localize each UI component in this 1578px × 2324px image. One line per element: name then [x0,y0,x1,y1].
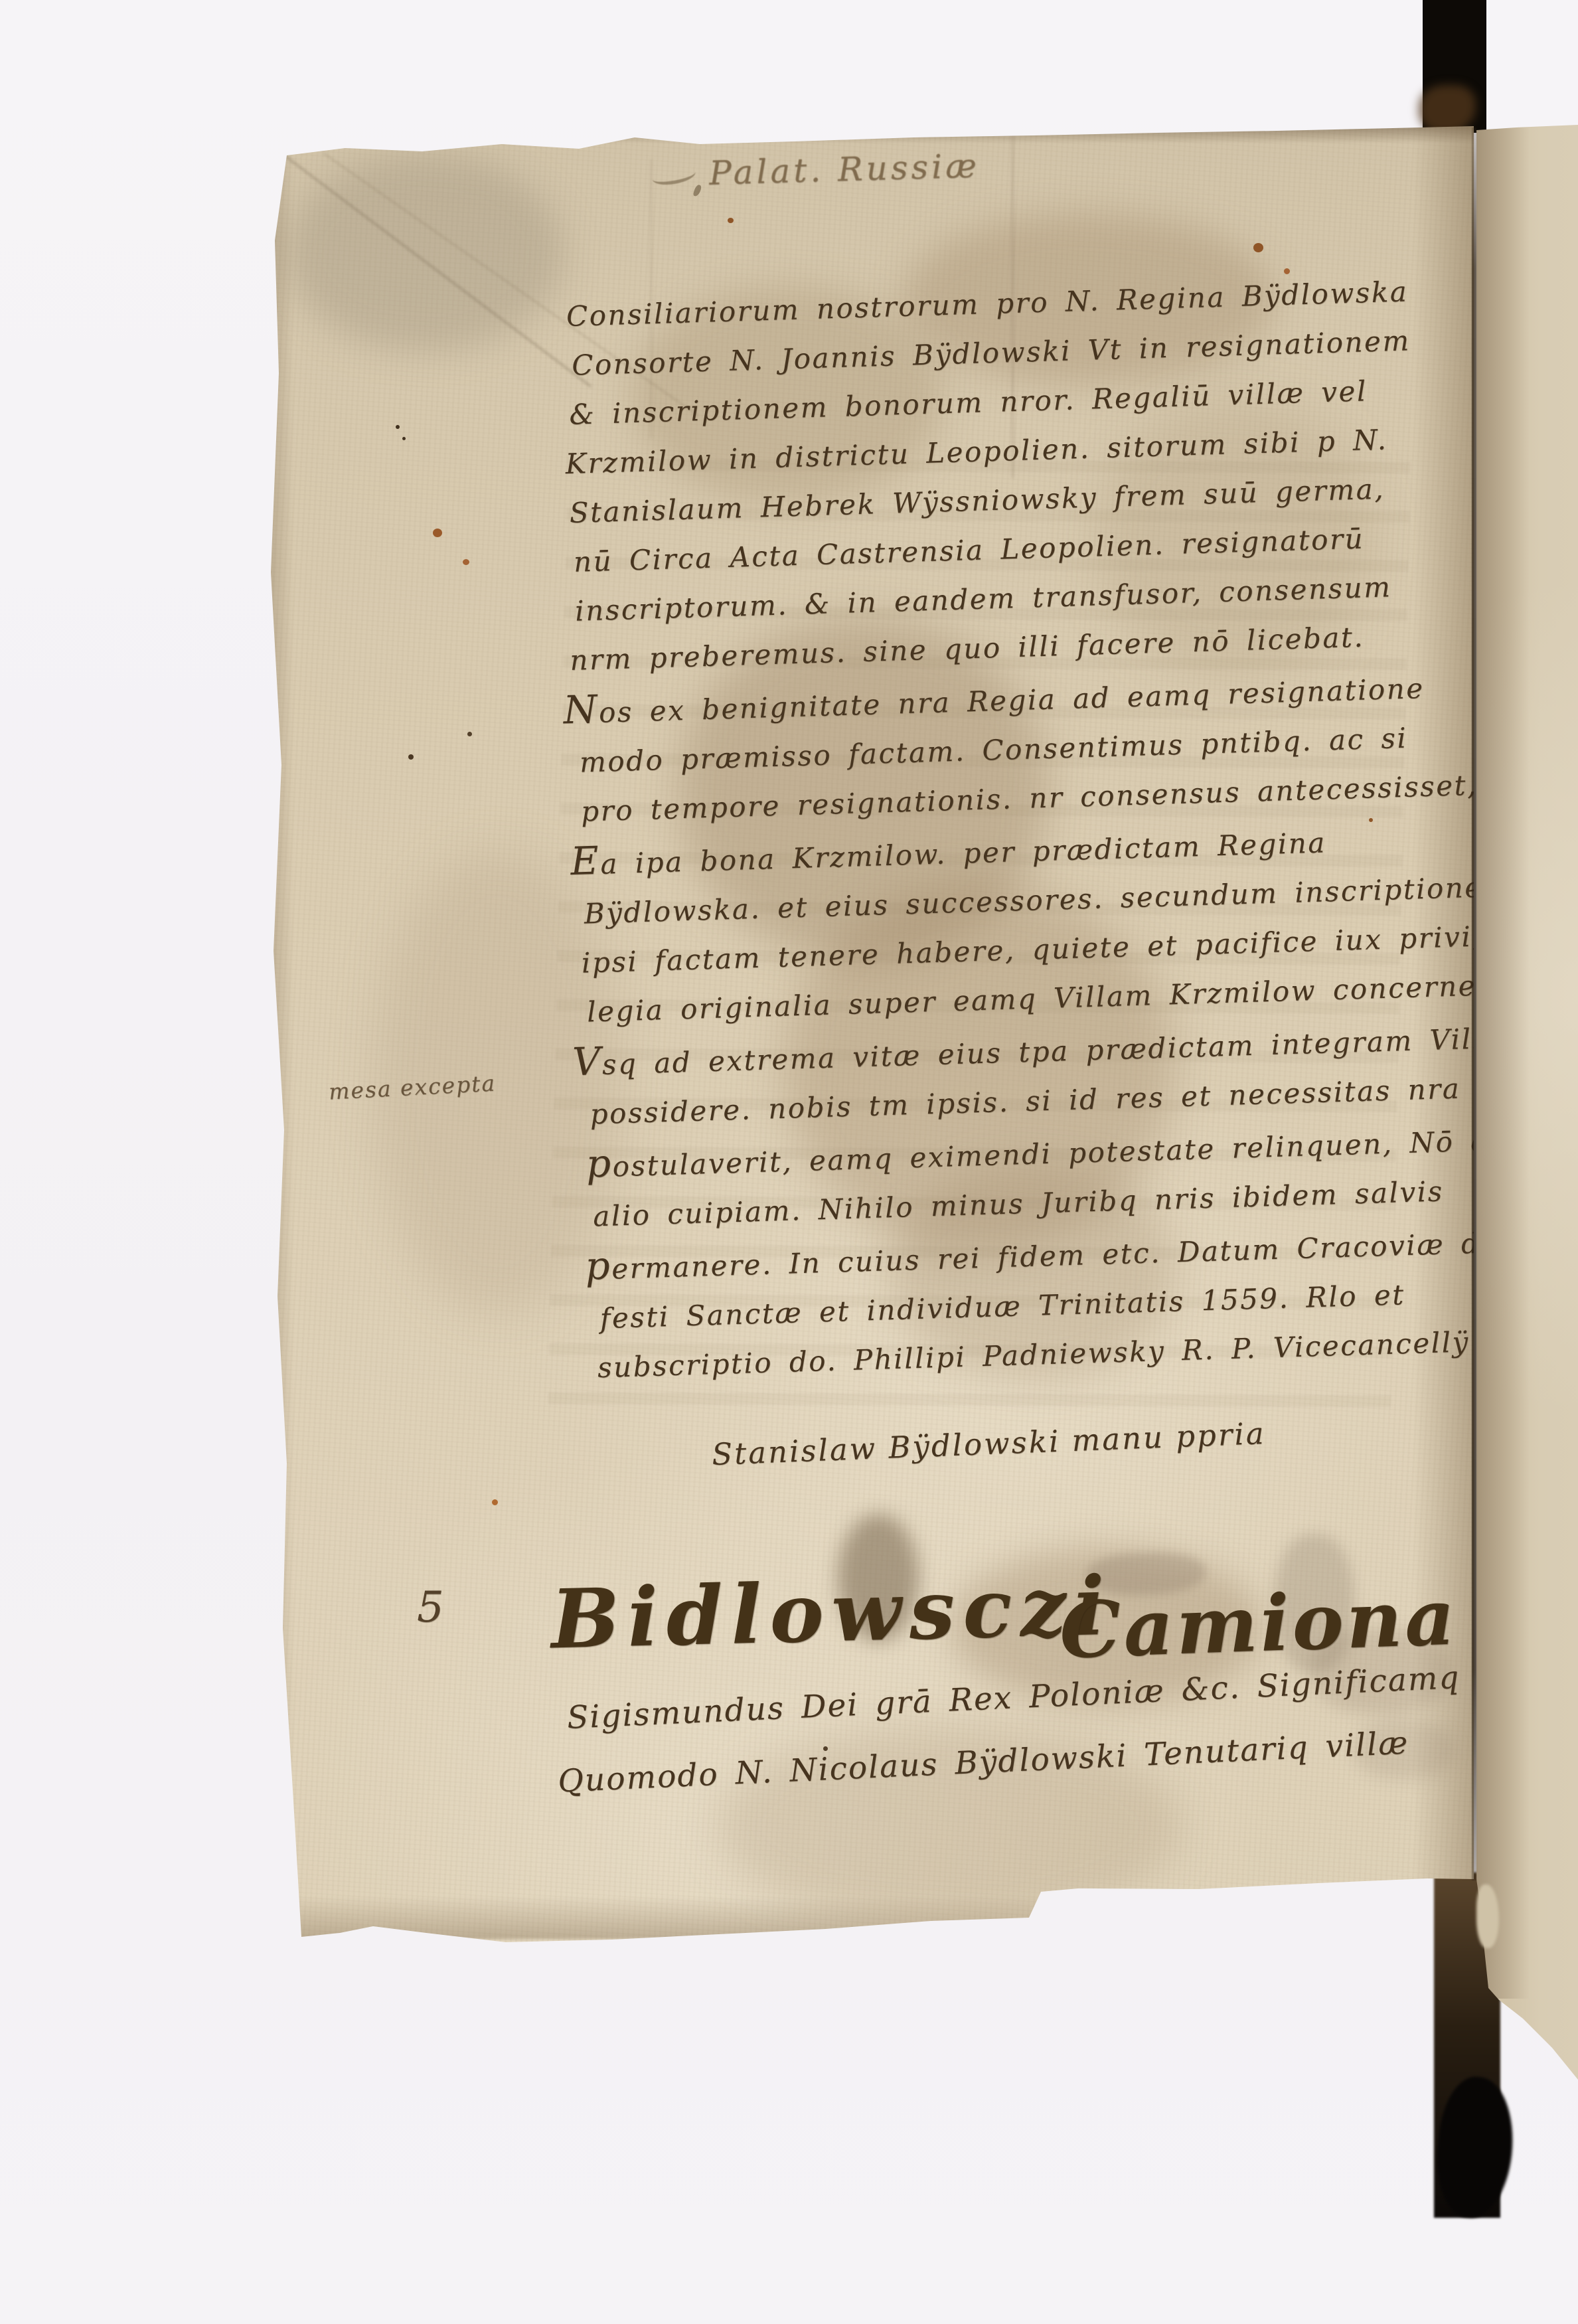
foxing-spot [492,1499,498,1505]
foxing-spot [728,218,734,223]
next-entry-text: Sigismundus Dei grā Rex Poloniæ &c. Sign… [566,1643,1540,1813]
section-heading-family: Bidlowsczi [550,1558,1113,1667]
corner-soil-stain [285,153,564,352]
ink-speck [467,732,472,736]
scanned-manuscript-page: Palat. Russiæ Consiliariorum nostrorum p… [0,0,1578,2324]
foxing-spot [463,559,469,565]
page-top-edge-shade [276,126,1477,143]
page-left-edge-shade [266,149,293,1937]
ink-speck [396,425,400,429]
margin-entry-number: 5 [417,1583,444,1632]
manuscript-leaf: Palat. Russiæ Consiliariorum nostrorum p… [0,0,1578,2324]
running-header: Palat. Russiæ [708,146,981,192]
next-leaf-gutter-shade [1476,126,1530,1999]
book-gutter [1472,127,1476,1880]
foxing-spot [1253,243,1263,252]
pen-trial-mark [651,163,696,187]
ink-speck [408,754,414,760]
body-text: Consiliariorum nostrorum pro N. Regina B… [566,264,1528,1392]
ink-speck [402,437,406,440]
pen-trial-mark [692,184,702,197]
foxing-spot [433,529,442,537]
